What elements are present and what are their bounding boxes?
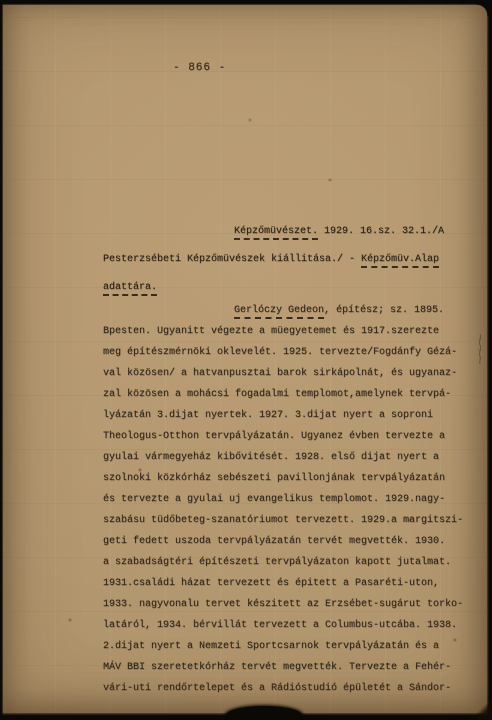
body-line: Bpesten. Ugyanitt végezte a müegyetemet … [103,321,483,342]
heading-archive-name: Képzőmüv.Alap [361,254,439,268]
person-details: , építész; sz. 1895. [324,305,444,316]
body-line: zal közösen a mohácsi fogadalmi templomo… [103,384,483,405]
body-line: 1931.családi házat tervezett és épitett … [103,573,483,594]
heading-line-source: Képzőmüvészet. 1929. 16.sz. 32.1./A [103,218,483,246]
body-line: 1933. nagyvonalu tervet készitett az Erz… [103,594,483,615]
body-line: MÁV BBI szeretetkórház tervét megvették.… [103,657,483,678]
body-line: szabásu tüdőbeteg-szanatóriumot tervezet… [103,510,483,531]
scan-edge-top [0,0,492,5]
scan-corner-bottom-right [462,700,492,720]
heading-source-ref: 1929. 16.sz. 32.1./A [318,226,444,237]
body-line: Theologus-Otthon tervpályázatán. Ugyanez… [103,426,483,447]
body-line: gyulai vármegyeház kibővitését. 1928. el… [103,447,483,468]
body-line: 2.dijat nyert a Nemzeti Sportcsarnok ter… [103,636,483,657]
scan-edge-right [487,0,492,720]
heading-archive-suffix: adattára. [103,282,157,296]
document-heading: Képzőmüvészet. 1929. 16.sz. 32.1./A Pest… [103,218,483,302]
heading-subject-text: Pesterzsébeti Képzőmüvészek kiállitása./… [103,254,361,265]
body-opening-line: Gerlóczy Gedeon, építész; sz. 1895. [103,300,483,321]
scan-shadow-blob [226,706,302,720]
body-line: lyázatán 3.dijat nyertek. 1927. 3.dijat … [103,405,483,426]
body-line: meg építészmérnöki oklevelét. 1925. terv… [103,342,483,363]
scan-corner-top-right [476,0,492,16]
body-line: val közösen/ a hatvanpusztai barok sirká… [103,363,483,384]
heading-source-title: Képzőmüvészet. [234,226,318,240]
margin-pencil-mark [475,333,485,365]
scan-edge-left [0,0,3,720]
body-line: és tervezte a gyulai uj evangelikus temp… [103,489,483,510]
document-body: Gerlóczy Gedeon, építész; sz. 1895. Bpes… [103,300,483,699]
body-line: geti fedett uszoda tervpályázatán tervét… [103,531,483,552]
body-line: szolnoki közkórház sebészeti pavillonján… [103,468,483,489]
person-name: Gerlóczy Gedeon [234,305,324,319]
body-line: a szabadságtéri építészeti tervpályázato… [103,552,483,573]
scanned-page: - 866 - Képzőmüvészet. 1929. 16.sz. 32.1… [0,0,492,720]
heading-line-archive: adattára. [103,274,483,302]
body-line: latáról, 1934. bérvillát tervezett a Col… [103,615,483,636]
page-number: - 866 - [173,62,226,74]
body-line: vári-uti rendőrtelepet és a Rádióstudió … [103,678,483,699]
heading-line-subject: Pesterzsébeti Képzőmüvészek kiállitása./… [103,246,483,274]
